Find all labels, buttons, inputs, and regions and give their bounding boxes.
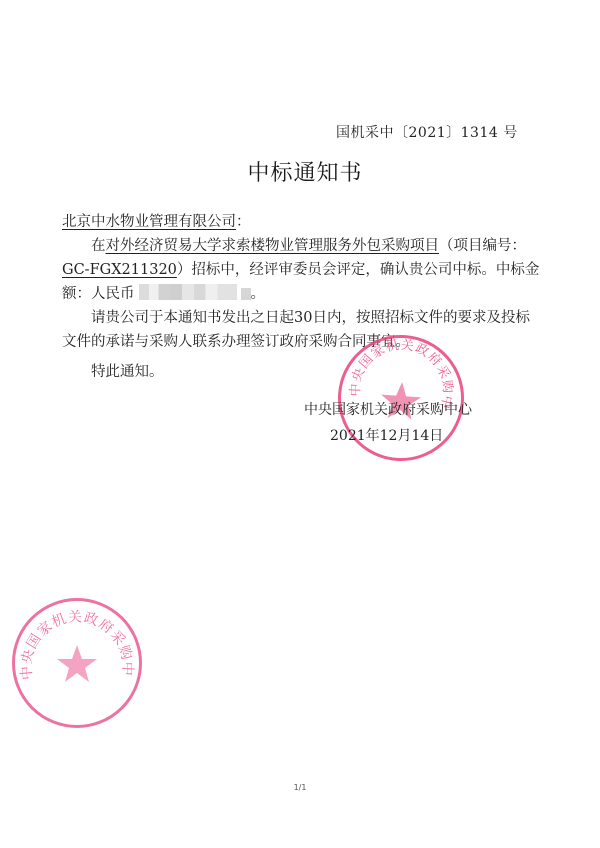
project-name: 对外经济贸易大学求索楼物业管理服务外包采购项目 <box>106 238 440 254</box>
recipient-line: 北京中水物业管理有限公司： <box>62 210 542 234</box>
redacted-amount <box>139 284 237 300</box>
closing-paragraph: 特此通知。 <box>62 360 542 384</box>
para1-mid1: （项目编号： <box>439 238 526 254</box>
margin-seal-stamp: 中央国家机关政府采购中心 <box>12 598 142 728</box>
para1-end: 。 <box>251 286 266 302</box>
signature-block: 中央国家机关政府采购中心 2021年12月14日 <box>304 397 472 449</box>
signature-org: 中央国家机关政府采购中心 <box>304 397 472 423</box>
document-page: 国机采中〔2021〕1314 号 中标通知书 北京中水物业管理有限公司： 在对外… <box>0 0 600 848</box>
recipient-name: 北京中水物业管理有限公司 <box>62 214 236 230</box>
recipient-colon: ： <box>236 214 251 230</box>
redacted-amount-tail <box>241 288 251 300</box>
signature-date: 2021年12月14日 <box>304 423 472 449</box>
document-number: 国机采中〔2021〕1314 号 <box>336 122 518 142</box>
page-number: 1/1 <box>0 783 600 792</box>
project-code: GC-FGX211320 <box>62 262 177 278</box>
document-title: 中标通知书 <box>0 156 600 187</box>
award-paragraph: 在对外经济贸易大学求索楼物业管理服务外包采购项目（项目编号：GC-FGX2113… <box>62 234 542 306</box>
para1-prefix: 在 <box>91 238 106 254</box>
contract-paragraph: 请贵公司于本通知书发出之日起30日内，按照招标文件的要求及投标文件的承诺与采购人… <box>62 306 542 354</box>
seal-star-icon: 中央国家机关政府采购中心 <box>15 601 139 725</box>
